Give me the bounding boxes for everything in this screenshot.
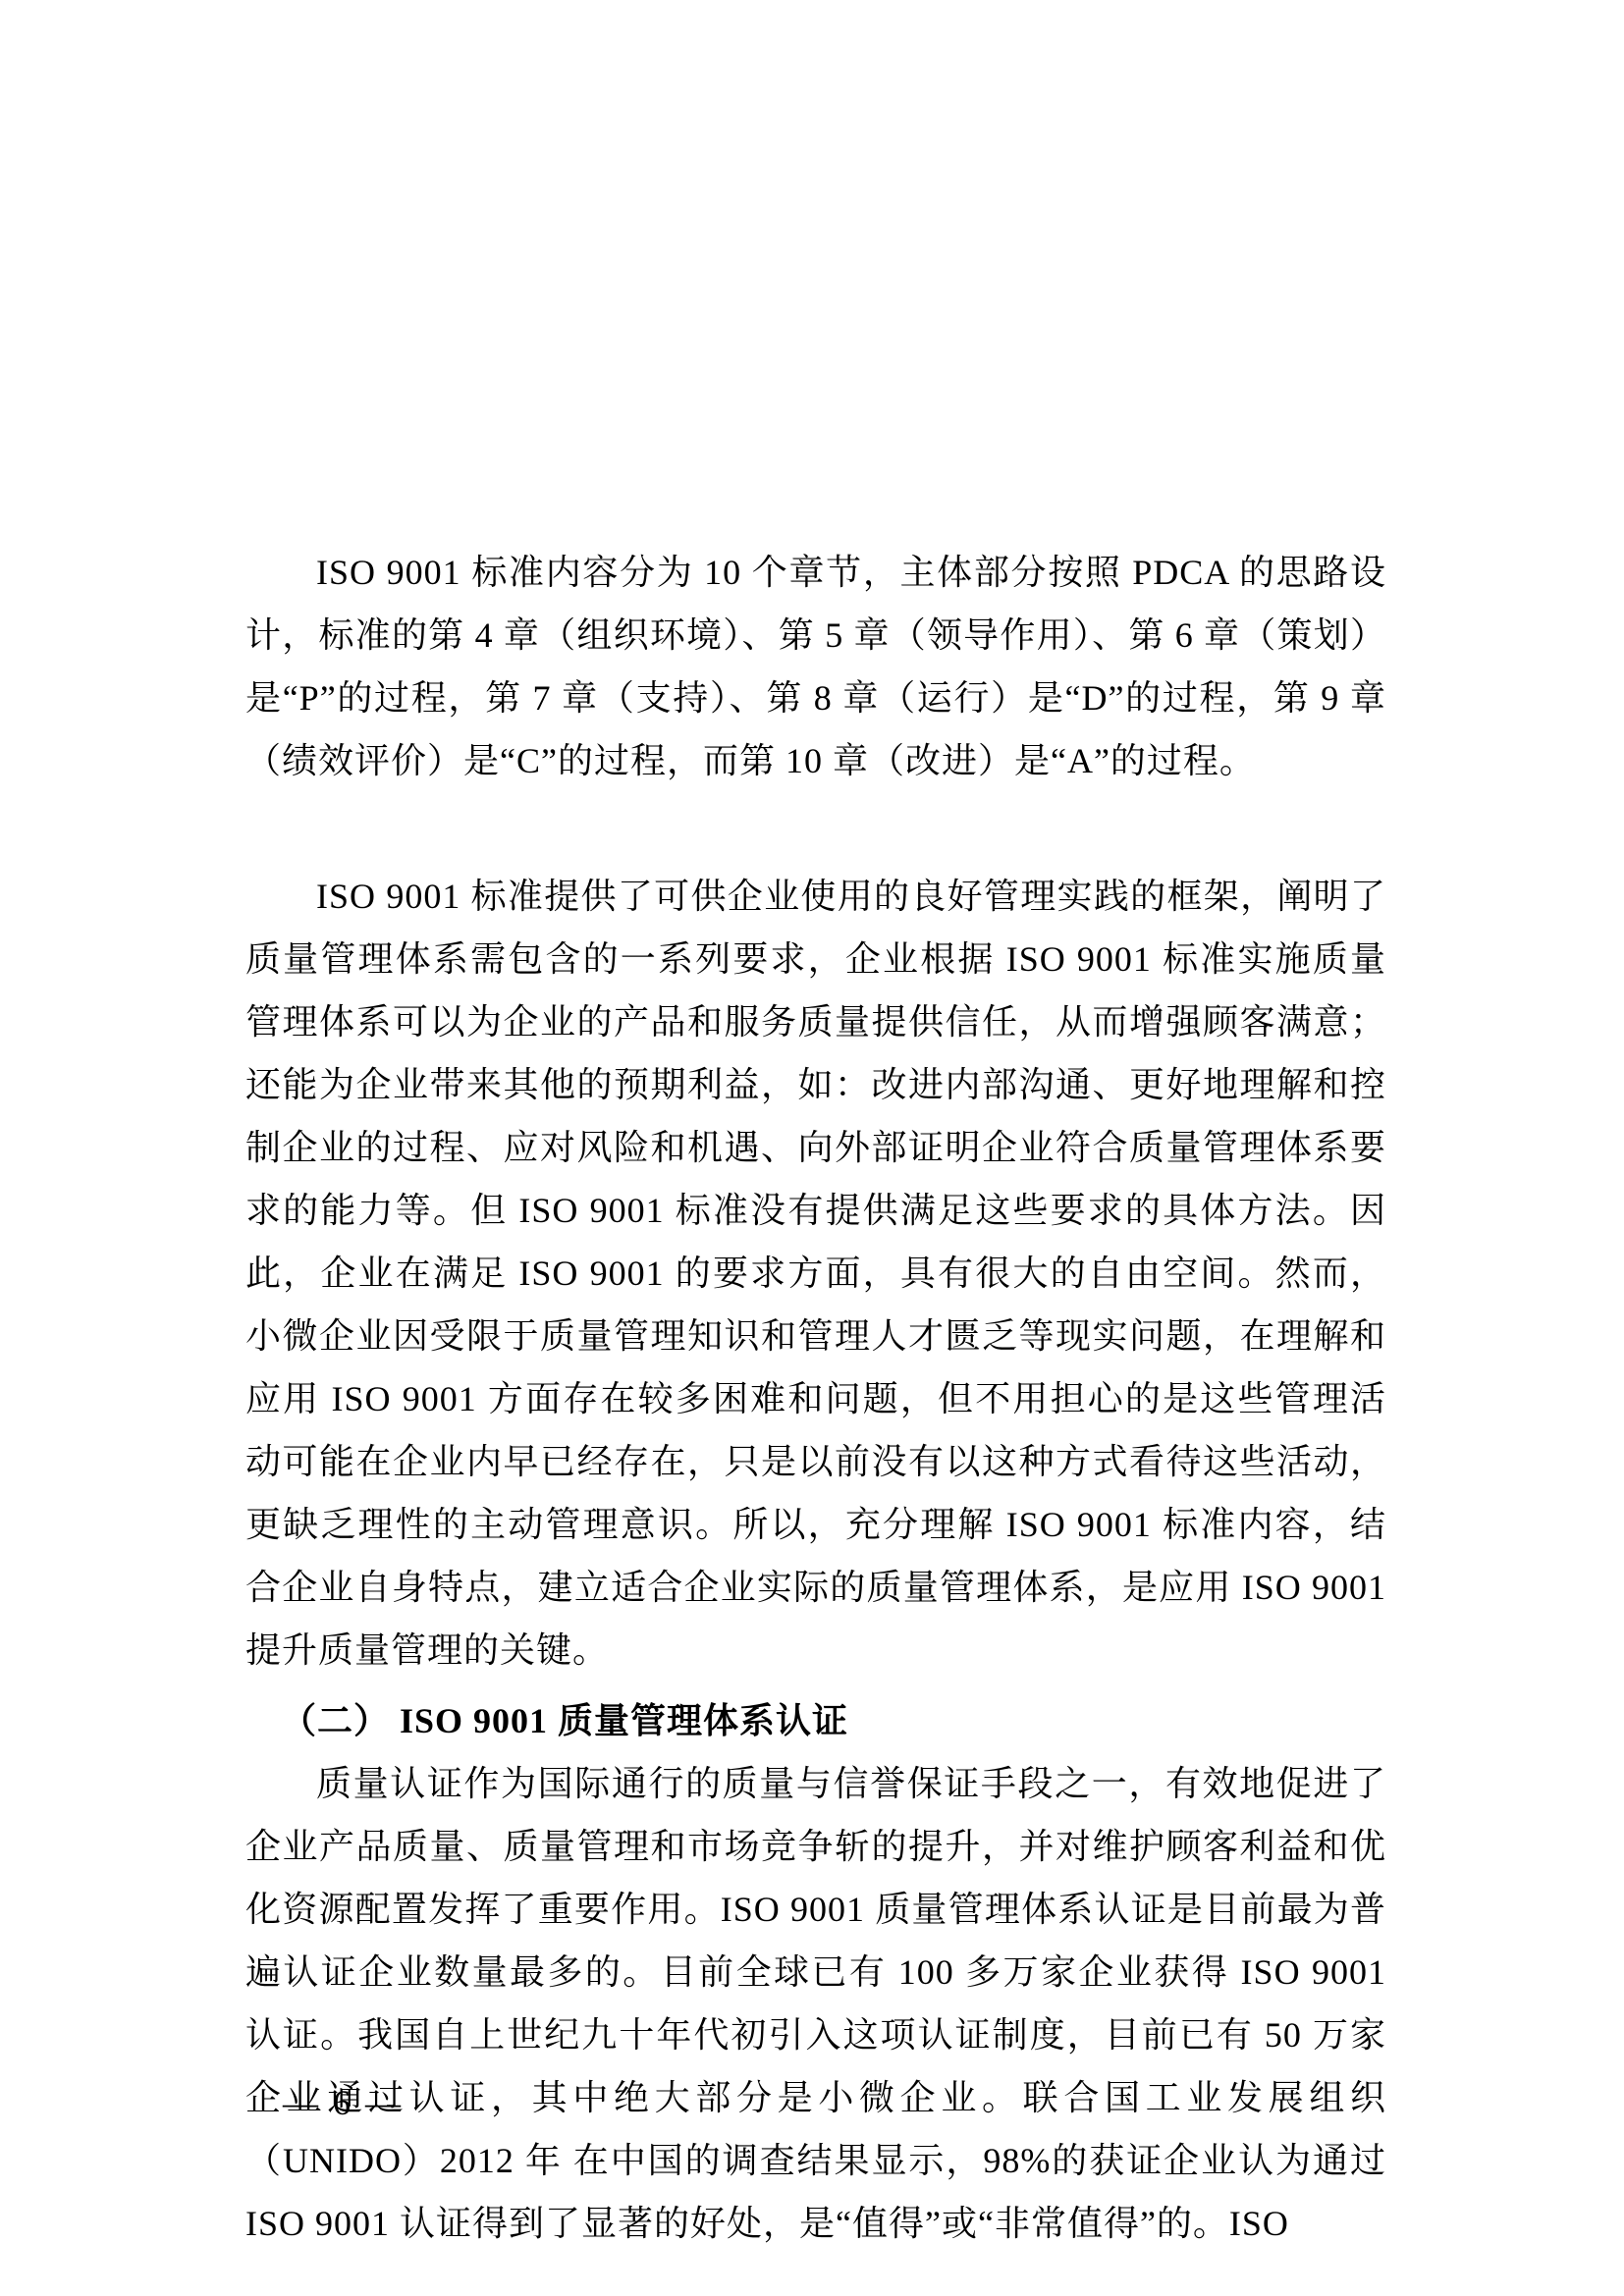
paragraph-certification-overview: 质量认证作为国际通行的质量与信誉保证手段之一，有效地促进了企业产品质量、质量管理…	[245, 1752, 1386, 2255]
paragraph-pdca-structure: ISO 9001 标准内容分为 10 个章节，主体部分按照 PDCA 的思路设计…	[245, 541, 1386, 792]
page-body-text: ISO 9001 标准内容分为 10 个章节，主体部分按照 PDCA 的思路设计…	[245, 541, 1386, 2255]
section-heading-iso9001-certification: （二） ISO 9001 质量管理体系认证	[245, 1689, 1386, 1752]
page-number-footer: — 6 —	[283, 2081, 404, 2124]
paragraph-standard-framework: ISO 9001 标准提供了可供企业使用的良好管理实践的框架，阐明了质量管理体系…	[245, 865, 1386, 1682]
document-page: ISO 9001 标准内容分为 10 个章节，主体部分按照 PDCA 的思路设计…	[0, 0, 1624, 2296]
